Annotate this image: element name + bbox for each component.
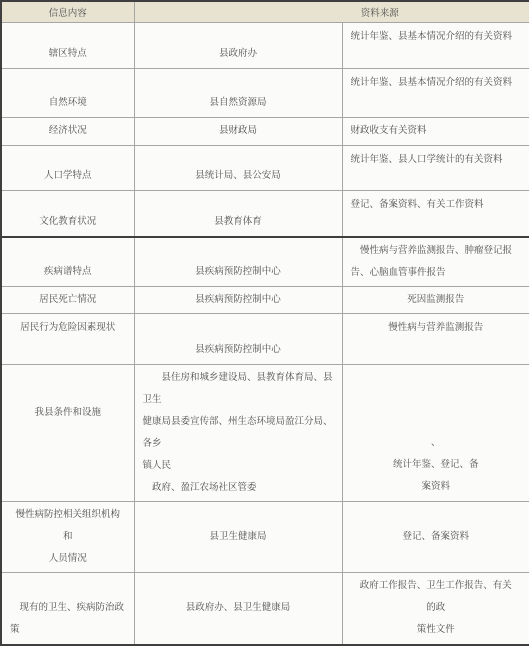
source-text: 统计年鉴、县基本情况介绍的有关资料	[351, 72, 526, 94]
table-row: 我县条件和设施 县住房和城乡建设局、县教育体育局、县卫生 健康局县委宣传部、州生…	[1, 365, 529, 502]
source-text: 慢性病与营养监测报告	[347, 317, 526, 339]
source-text: 登记、备案资料	[347, 526, 526, 548]
table-row: 辖区特点 县政府办 统计年鉴、县基本情况介绍的有关资料	[1, 22, 529, 68]
info-text: 慢性病防控相关组织机构 和 人员情况	[6, 504, 130, 570]
table-row: 人口学特点 县统计局、县公安局 统计年鉴、县人口学统计的有关资料	[1, 145, 529, 190]
table-row: 现有的卫生、疾病防治政 策 县政府办、县卫生健康局 政府工作报告、卫生工作报告、…	[1, 573, 529, 645]
info-text: 居民死亡情况	[6, 289, 130, 311]
source-text: 统计年鉴、县基本情况介绍的有关资料	[351, 26, 526, 48]
info-cell: 我县条件和设施	[1, 365, 134, 502]
info-text: 经济状况	[6, 120, 130, 142]
source-text: 登记、备案资料、有关工作资料	[351, 194, 526, 216]
source-cell: 登记、备案资料	[342, 502, 529, 573]
header-data-source-label: 资料来源	[361, 5, 399, 19]
info-source-table: 信息内容 资料来源 辖区特点 县政府办 统计年鉴、县基本情况介绍的有关资料 自然…	[0, 0, 529, 646]
info-text: 我县条件和设施	[6, 402, 130, 424]
info-text: 辖区特点	[6, 43, 130, 65]
department-cell: 县统计局、县公安局	[134, 145, 342, 190]
source-cell: 统计年鉴、县基本情况介绍的有关资料	[342, 22, 529, 68]
table-row: 疾病谱特点 县疾病预防控制中心 慢性病与营养监测报告、肿瘤登记报 告、心脑血管事…	[1, 237, 529, 287]
source-text: 政府工作报告、卫生工作报告、有关 的政 策性文件	[347, 575, 526, 641]
table-row: 居民行为危险因素现状 县疾病预防控制中心 慢性病与营养监测报告	[1, 314, 529, 365]
info-cell: 经济状况	[1, 117, 134, 145]
department-cell: 县疾病预防控制中心	[134, 314, 342, 365]
department-text: 县政府办	[139, 43, 338, 65]
info-text: 居民行为危险因素现状	[6, 317, 130, 339]
source-text: 、 统计年鉴、登记、备 案资料	[347, 432, 526, 498]
source-text: 死因监测报告	[347, 289, 526, 311]
table-header-row: 信息内容 资料来源	[1, 1, 529, 22]
info-text: 文化教育状况	[6, 211, 130, 233]
info-cell: 自然环境	[1, 68, 134, 117]
department-text: 县自然资源局	[139, 92, 338, 114]
header-info-content: 信息内容	[1, 1, 134, 22]
department-cell: 县自然资源局	[134, 68, 342, 117]
info-cell: 人口学特点	[1, 145, 134, 190]
table-row: 自然环境 县自然资源局 统计年鉴、县基本情况介绍的有关资料	[1, 68, 529, 117]
source-cell: 、 统计年鉴、登记、备 案资料	[342, 365, 529, 502]
department-text: 县疾病预防控制中心	[139, 289, 338, 311]
department-text: 县疾病预防控制中心	[139, 261, 338, 283]
info-cell: 现有的卫生、疾病防治政 策	[1, 573, 134, 645]
table-row: 慢性病防控相关组织机构 和 人员情况 县卫生健康局 登记、备案资料	[1, 502, 529, 573]
info-cell: 慢性病防控相关组织机构 和 人员情况	[1, 502, 134, 573]
info-text: 疾病谱特点	[6, 261, 130, 283]
table-row: 居民死亡情况 县疾病预防控制中心 死因监测报告	[1, 287, 529, 314]
info-cell: 居民行为危险因素现状	[1, 314, 134, 365]
source-cell: 登记、备案资料、有关工作资料	[342, 190, 529, 237]
source-cell: 慢性病与营养监测报告	[342, 314, 529, 365]
source-text: 慢性病与营养监测报告、肿瘤登记报 告、心脑血管事件报告	[351, 240, 526, 284]
source-cell: 政府工作报告、卫生工作报告、有关 的政 策性文件	[342, 573, 529, 645]
department-cell: 县政府办	[134, 22, 342, 68]
info-cell: 疾病谱特点	[1, 237, 134, 287]
info-cell: 辖区特点	[1, 22, 134, 68]
department-cell: 县政府办、县卫生健康局	[134, 573, 342, 645]
department-cell: 县疾病预防控制中心	[134, 287, 342, 314]
info-text: 现有的卫生、疾病防治政 策	[10, 597, 130, 641]
source-cell: 统计年鉴、县基本情况介绍的有关资料	[342, 68, 529, 117]
department-cell: 县卫生健康局	[134, 502, 342, 573]
info-cell: 居民死亡情况	[1, 287, 134, 314]
department-cell: 县财政局	[134, 117, 342, 145]
source-cell: 财政收支有关资料	[342, 117, 529, 145]
department-cell: 县住房和城乡建设局、县教育体育局、县卫生 健康局县委宣传部、州生态环境局盈江分局…	[134, 365, 342, 502]
source-cell: 慢性病与营养监测报告、肿瘤登记报 告、心脑血管事件报告	[342, 237, 529, 287]
department-text: 县卫生健康局	[139, 526, 338, 548]
table-row: 文化教育状况 县教育体育 登记、备案资料、有关工作资料	[1, 190, 529, 237]
source-cell: 死因监测报告	[342, 287, 529, 314]
header-data-source: 资料来源	[134, 1, 529, 22]
department-text: 县财政局	[139, 120, 338, 142]
table-row: 经济状况 县财政局 财政收支有关资料	[1, 117, 529, 145]
department-cell: 县教育体育	[134, 190, 342, 237]
info-text: 自然环境	[6, 92, 130, 114]
department-text: 县疾病预防控制中心	[139, 339, 338, 361]
info-text: 人口学特点	[6, 165, 130, 187]
source-cell: 统计年鉴、县人口学统计的有关资料	[342, 145, 529, 190]
source-text: 统计年鉴、县人口学统计的有关资料	[351, 149, 526, 171]
info-cell: 文化教育状况	[1, 190, 134, 237]
department-text: 县政府办、县卫生健康局	[139, 597, 338, 619]
source-text: 财政收支有关资料	[351, 120, 526, 142]
department-cell: 县疾病预防控制中心	[134, 237, 342, 287]
department-text: 县教育体育	[139, 211, 338, 233]
department-text: 县住房和城乡建设局、县教育体育局、县卫生 健康局县委宣传部、州生态环境局盈江分局…	[143, 367, 338, 499]
department-text: 县统计局、县公安局	[139, 165, 338, 187]
